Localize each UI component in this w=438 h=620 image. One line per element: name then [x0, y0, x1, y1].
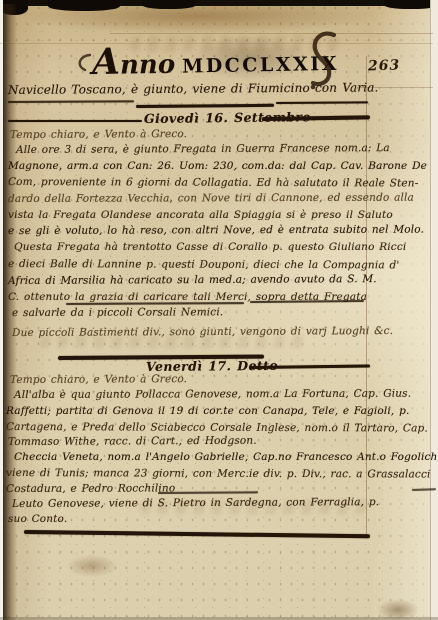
ink-rule	[136, 104, 274, 108]
manuscript-line: e salvarle da i piccoli Corsali Nemici.	[12, 307, 223, 319]
manuscript-line: Leuto Genovese, viene di S. Pietro in Sa…	[12, 497, 379, 510]
arrival-note: Navicello Toscano, è giunto, viene di Fi…	[8, 81, 379, 97]
weather-line: Tempo chiaro, e Vento à Greco.	[10, 129, 187, 141]
manuscript-line: Cartagena, e Preda dello Sciabecco Corsa…	[6, 422, 428, 435]
scan-right-edge	[430, 0, 438, 620]
ink-rule	[8, 100, 134, 102]
manuscript-line: suo Conto.	[8, 514, 67, 526]
page-number: 263	[368, 57, 401, 74]
initial-curl-icon	[74, 52, 92, 74]
manuscript-line: Due piccoli Bastimenti div., sono giunti…	[12, 326, 393, 340]
manuscript-line: Africa di Marsilia hà caricato su la med…	[8, 274, 377, 287]
ink-rule	[250, 365, 370, 369]
ink-rule	[276, 101, 368, 104]
ink-blot	[48, 0, 120, 11]
manuscript-line: Costadura, e Pedro Rocchilino	[6, 483, 175, 495]
guide-line	[110, 33, 433, 34]
ink-rule	[8, 120, 142, 122]
weather-line: Tempo chiaro, e Vento à Greco.	[10, 374, 187, 386]
trailing-stroke	[158, 491, 258, 493]
manuscript-line: Raffetti; partita di Genova il 19 di cor…	[6, 406, 409, 418]
manuscript-line: viene di Tunis; manca 23 giorni, con Mer…	[6, 468, 431, 481]
manuscript-line: Questa Fregata hà trentotto Casse di Cor…	[14, 242, 406, 254]
word-underline	[66, 302, 244, 304]
manuscript-line: All'alba è qua giunto Pollacca Genovese,…	[14, 389, 411, 402]
manuscript-line: dardo della Fortezza Vecchia, con Nove t…	[8, 193, 414, 206]
manuscript-line: vista la Fregata Olandese ancorata alla …	[8, 210, 393, 222]
manuscript-line: Checcia Veneta, nom.a l'Angelo Gabrielle…	[14, 452, 438, 464]
ink-blot	[142, 0, 196, 9]
ink-rule	[262, 115, 370, 120]
year-word: Anno	[92, 43, 176, 80]
manuscript-line: Com, proveniente in 6 giorni da Collagat…	[8, 177, 418, 190]
manuscript-scan-page: Anno MDCCLXXIX 263 Navicello Toscano, è …	[0, 0, 438, 620]
ink-rule-bottom	[24, 530, 370, 538]
manuscript-line: e se gli è voluto, lo hà reso, con altri…	[8, 225, 424, 238]
manuscript-line: Alle ore 3 di sera, è giunto Fregata in …	[16, 143, 390, 157]
manuscript-line: e dieci Balle di Lannine p. questi Doupo…	[8, 259, 399, 272]
manuscript-line: Magnone, arm.a con Can: 26. Uom: 230, co…	[8, 161, 427, 173]
manuscript-line: Tommaso Withe, racc. di Cart., ed Hodgso…	[8, 436, 257, 449]
